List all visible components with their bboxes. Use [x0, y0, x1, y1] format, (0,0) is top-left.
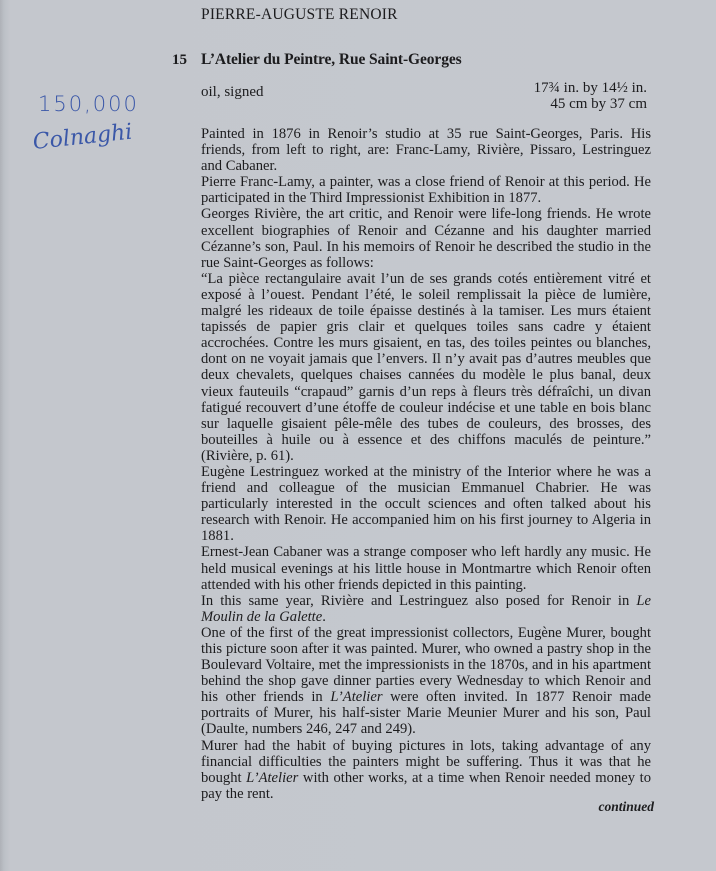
lot-dimensions: 17¾ in. by 14½ in. 45 cm by 37 cm [534, 80, 647, 112]
handwritten-buyer: Colnaghi [32, 120, 134, 155]
lot-number: 15 [172, 52, 187, 69]
running-head: PIERRE-AUGUSTE RENOIR [201, 6, 398, 24]
lot-medium: oil, signed [201, 84, 264, 101]
handwritten-price: 150,000 [38, 92, 139, 116]
paragraph-riviere: Georges Rivière, the art critic, and Ren… [201, 206, 651, 270]
dimensions-imperial: 17¾ in. by 14½ in. [534, 80, 647, 96]
catalogue-page: PIERRE-AUGUSTE RENOIR 15 L’Atelier du Pe… [0, 0, 716, 871]
lot-title: L’Atelier du Peintre, Rue Saint-Georges [201, 51, 462, 69]
paragraph-murer-purchase: Murer had the habit of buying pictures i… [201, 738, 651, 802]
paragraph-lestringuez: Eugène Lestringuez worked at the ministr… [201, 464, 651, 544]
dimensions-metric: 45 cm by 37 cm [534, 96, 647, 112]
paragraph-painting-description: Painted in 1876 in Renoir’s studio at 35… [201, 126, 651, 174]
continued-label: continued [598, 799, 654, 815]
text: In this same year, Rivière and Lestringu… [201, 593, 636, 609]
artwork-title-italic: L’Atelier [246, 770, 298, 786]
paragraph-murer: One of the first of the great impression… [201, 625, 651, 738]
artwork-title-italic: L’Atelier [330, 689, 382, 705]
paragraph-riviere-quote: “La pièce rectangulaire avait l’un de se… [201, 271, 651, 464]
paragraph-moulin: In this same year, Rivière and Lestringu… [201, 593, 651, 625]
paragraph-cabaner: Ernest-Jean Cabaner was a strange compos… [201, 544, 651, 592]
paragraph-franc-lamy: Pierre Franc-Lamy, a painter, was a clos… [201, 174, 651, 206]
catalogue-note: Painted in 1876 in Renoir’s studio at 35… [201, 126, 651, 802]
text: . [322, 609, 326, 625]
